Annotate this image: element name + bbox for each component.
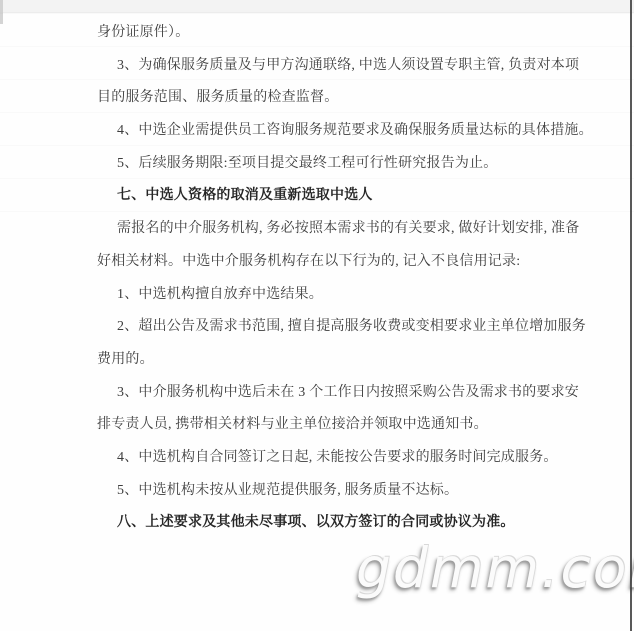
scan-edge-right <box>630 0 632 631</box>
doc-line: 费用的。 <box>97 344 567 377</box>
scan-top-band <box>0 0 634 13</box>
scan-corner-mark <box>0 0 3 24</box>
doc-line: 3、为确保服务质量及与甲方沟通联络, 中选人须设置专职主管, 负责对本项 <box>97 50 567 83</box>
doc-line: 2、超出公告及需求书范围, 擅自提高服务收费或变相要求业主单位增加服务 <box>97 311 567 344</box>
section-heading: 七、中选人资格的取消及重新选取中选人 <box>97 180 567 213</box>
doc-line: 1、中选机构擅自放弃中选结果。 <box>97 279 567 312</box>
doc-line: 5、后续服务期限:至项目提交最终工程可行性研究报告为止。 <box>97 148 567 181</box>
section-heading: 八、上述要求及其他未尽事项、以双方签订的合同或协议为准。 <box>97 507 567 540</box>
doc-line: 好相关材料。中选中介服务机构存在以下行为的, 记入不良信用记录: <box>97 246 567 279</box>
scanned-document-page: 身份证原件）。 3、为确保服务质量及与甲方沟通联络, 中选人须设置专职主管, 负… <box>0 0 634 631</box>
doc-line: 排专责人员, 携带相关材料与业主单位接洽并领取中选通知书。 <box>97 409 567 442</box>
watermark: gdmm.com <box>356 536 634 600</box>
doc-line: 4、中选机构自合同签订之日起, 未能按公告要求的服务时间完成服务。 <box>97 442 567 475</box>
doc-line: 4、中选企业需提供员工咨询服务规范要求及确保服务质量达标的具体措施。 <box>97 115 567 148</box>
doc-line: 需报名的中介服务机构, 务必按照本需求书的有关要求, 做好计划安排, 准备 <box>97 213 567 246</box>
doc-line: 5、中选机构未按从业规范提供服务, 服务质量不达标。 <box>97 475 567 508</box>
doc-line: 身份证原件）。 <box>97 17 567 50</box>
doc-line: 目的服务范围、服务质量的检查监督。 <box>97 82 567 115</box>
doc-line: 3、中介服务机构中选后未在 3 个工作日内按照采购公告及需求书的要求安 <box>97 377 567 410</box>
document-body: 身份证原件）。 3、为确保服务质量及与甲方沟通联络, 中选人须设置专职主管, 负… <box>97 17 567 540</box>
